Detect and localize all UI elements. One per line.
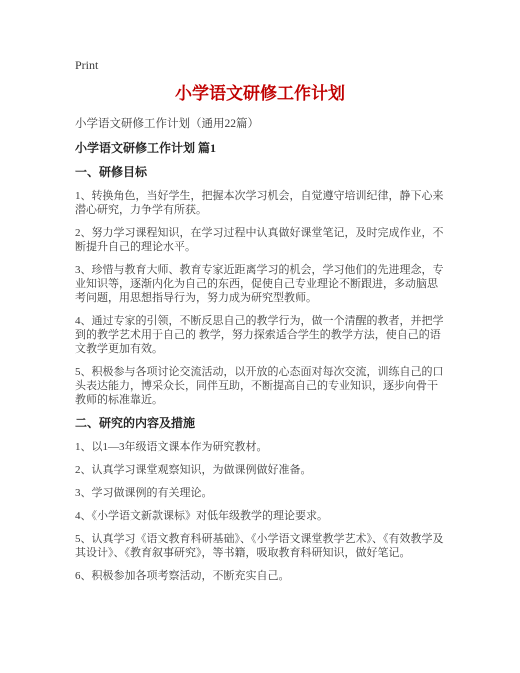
article-heading: 小学语文研修工作计划 篇1: [75, 141, 445, 156]
section-2-paragraph-3: 3、学习做课例的有关理论。: [75, 486, 445, 500]
section-2-paragraph-4: 4、《小学语文新款课标》对低年级教学的理论要求。: [75, 509, 445, 523]
document-page: Print 小学语文研修工作计划 小学语文研修工作计划（通用22篇） 小学语文研…: [0, 0, 520, 673]
section-1-paragraph-5: 5、积极参与各项讨论交流活动，以开放的心态面对每次交流，训练自己的口头表达能力，…: [75, 365, 445, 407]
section-2-heading: 二、研究的内容及措施: [75, 416, 445, 431]
print-link[interactable]: Print: [75, 58, 98, 72]
section-1-heading: 一、研修目标: [75, 165, 445, 180]
section-2-paragraph-2: 2、认真学习课堂观察知识，为做课例做好准备。: [75, 463, 445, 477]
section-2-paragraph-5: 5、认真学习《语文教育科研基础》、《小学语文课堂教学艺术》、《有效教学及其设计》…: [75, 532, 445, 560]
page-subtitle: 小学语文研修工作计划（通用22篇）: [75, 117, 445, 131]
section-1-paragraph-2: 2、努力学习课程知识，在学习过程中认真做好课堂笔记，及时完成作业，不断提升自己的…: [75, 226, 445, 254]
section-2-paragraph-1: 1、以1—3年级语文课本作为研究教材。: [75, 440, 445, 454]
section-1-paragraph-1: 1、转换角色，当好学生，把握本次学习机会，自觉遵守培训纪律，静下心来潜心研究，力…: [75, 189, 445, 217]
section-1-paragraph-4: 4、通过专家的引领，不断反思自己的教学行为，做一个清醒的教者，并把学到的教学艺术…: [75, 314, 445, 356]
section-1-paragraph-3: 3、珍惜与教育大师、教育专家近距离学习的机会，学习他们的先进理念，专业知识等，逐…: [75, 263, 445, 305]
page-title: 小学语文研修工作计划: [75, 83, 445, 104]
section-2-paragraph-6: 6、积极参加各项考察活动，不断充实自己。: [75, 569, 445, 583]
